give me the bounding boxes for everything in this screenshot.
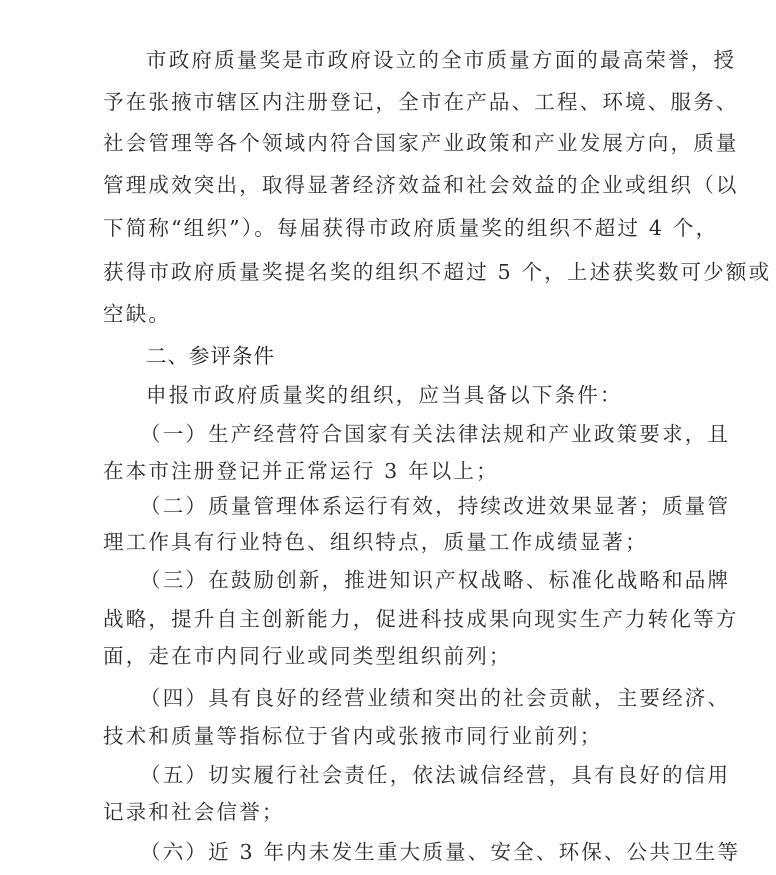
text-line: （三）在鼓励创新，推进知识产权战略、标准化战略和品牌: [140, 567, 689, 593]
text-line: （四）具有良好的经营业绩和突出的社会贡献，主要经济、: [140, 685, 689, 711]
text-line: （六）近 3 年内未发生重大质量、安全、环保、公共卫生等: [140, 839, 689, 865]
text-line: 社会管理等各个领域内符合国家产业政策和产业发展方向，质量: [103, 130, 689, 156]
text-line: 理工作具有行业特色、组织特点，质量工作成绩显著；: [103, 529, 689, 555]
text-line: 记录和社会信誉；: [103, 799, 689, 825]
text-line: 获得市政府质量奖提名奖的组织不超过 5 个，上述获奖数可少额或: [103, 259, 689, 285]
text-line: 市政府质量奖是市政府设立的全市质量方面的最高荣誉，授: [146, 47, 689, 73]
text-line: 予在张掖市辖区内注册登记，全市在产品、工程、环境、服务、: [103, 89, 689, 115]
text-line: 下简称“组织”）。每届获得市政府质量奖的组织不超过 4 个，: [103, 215, 689, 241]
section-intro: 申报市政府质量奖的组织，应当具备以下条件：: [146, 382, 689, 408]
text-line: 空缺。: [103, 301, 689, 327]
text-line: （五）切实履行社会责任，依法诚信经营，具有良好的信用: [140, 762, 689, 788]
text-line: （一）生产经营符合国家有关法律法规和产业政策要求，且: [140, 421, 689, 447]
text-line: 在本市注册登记并正常运行 3 年以上；: [103, 458, 689, 484]
text-line: 管理成效突出，取得显著经济效益和社会效益的企业或组织（以: [103, 172, 689, 198]
text-line: （二）质量管理体系运行有效，持续改进效果显著；质量管: [140, 493, 689, 519]
section-heading: 二、参评条件: [146, 343, 275, 369]
text-line: 面，走在市内同行业或同类型组织前列；: [103, 643, 689, 669]
text-line: 技术和质量等指标位于省内或张掖市同行业前列；: [103, 723, 689, 749]
document-page: 市政府质量奖是市政府设立的全市质量方面的最高荣誉，授 予在张掖市辖区内注册登记，…: [0, 0, 776, 875]
text-line: 战略，提升自主创新能力，促进科技成果向现实生产力转化等方: [103, 606, 689, 632]
